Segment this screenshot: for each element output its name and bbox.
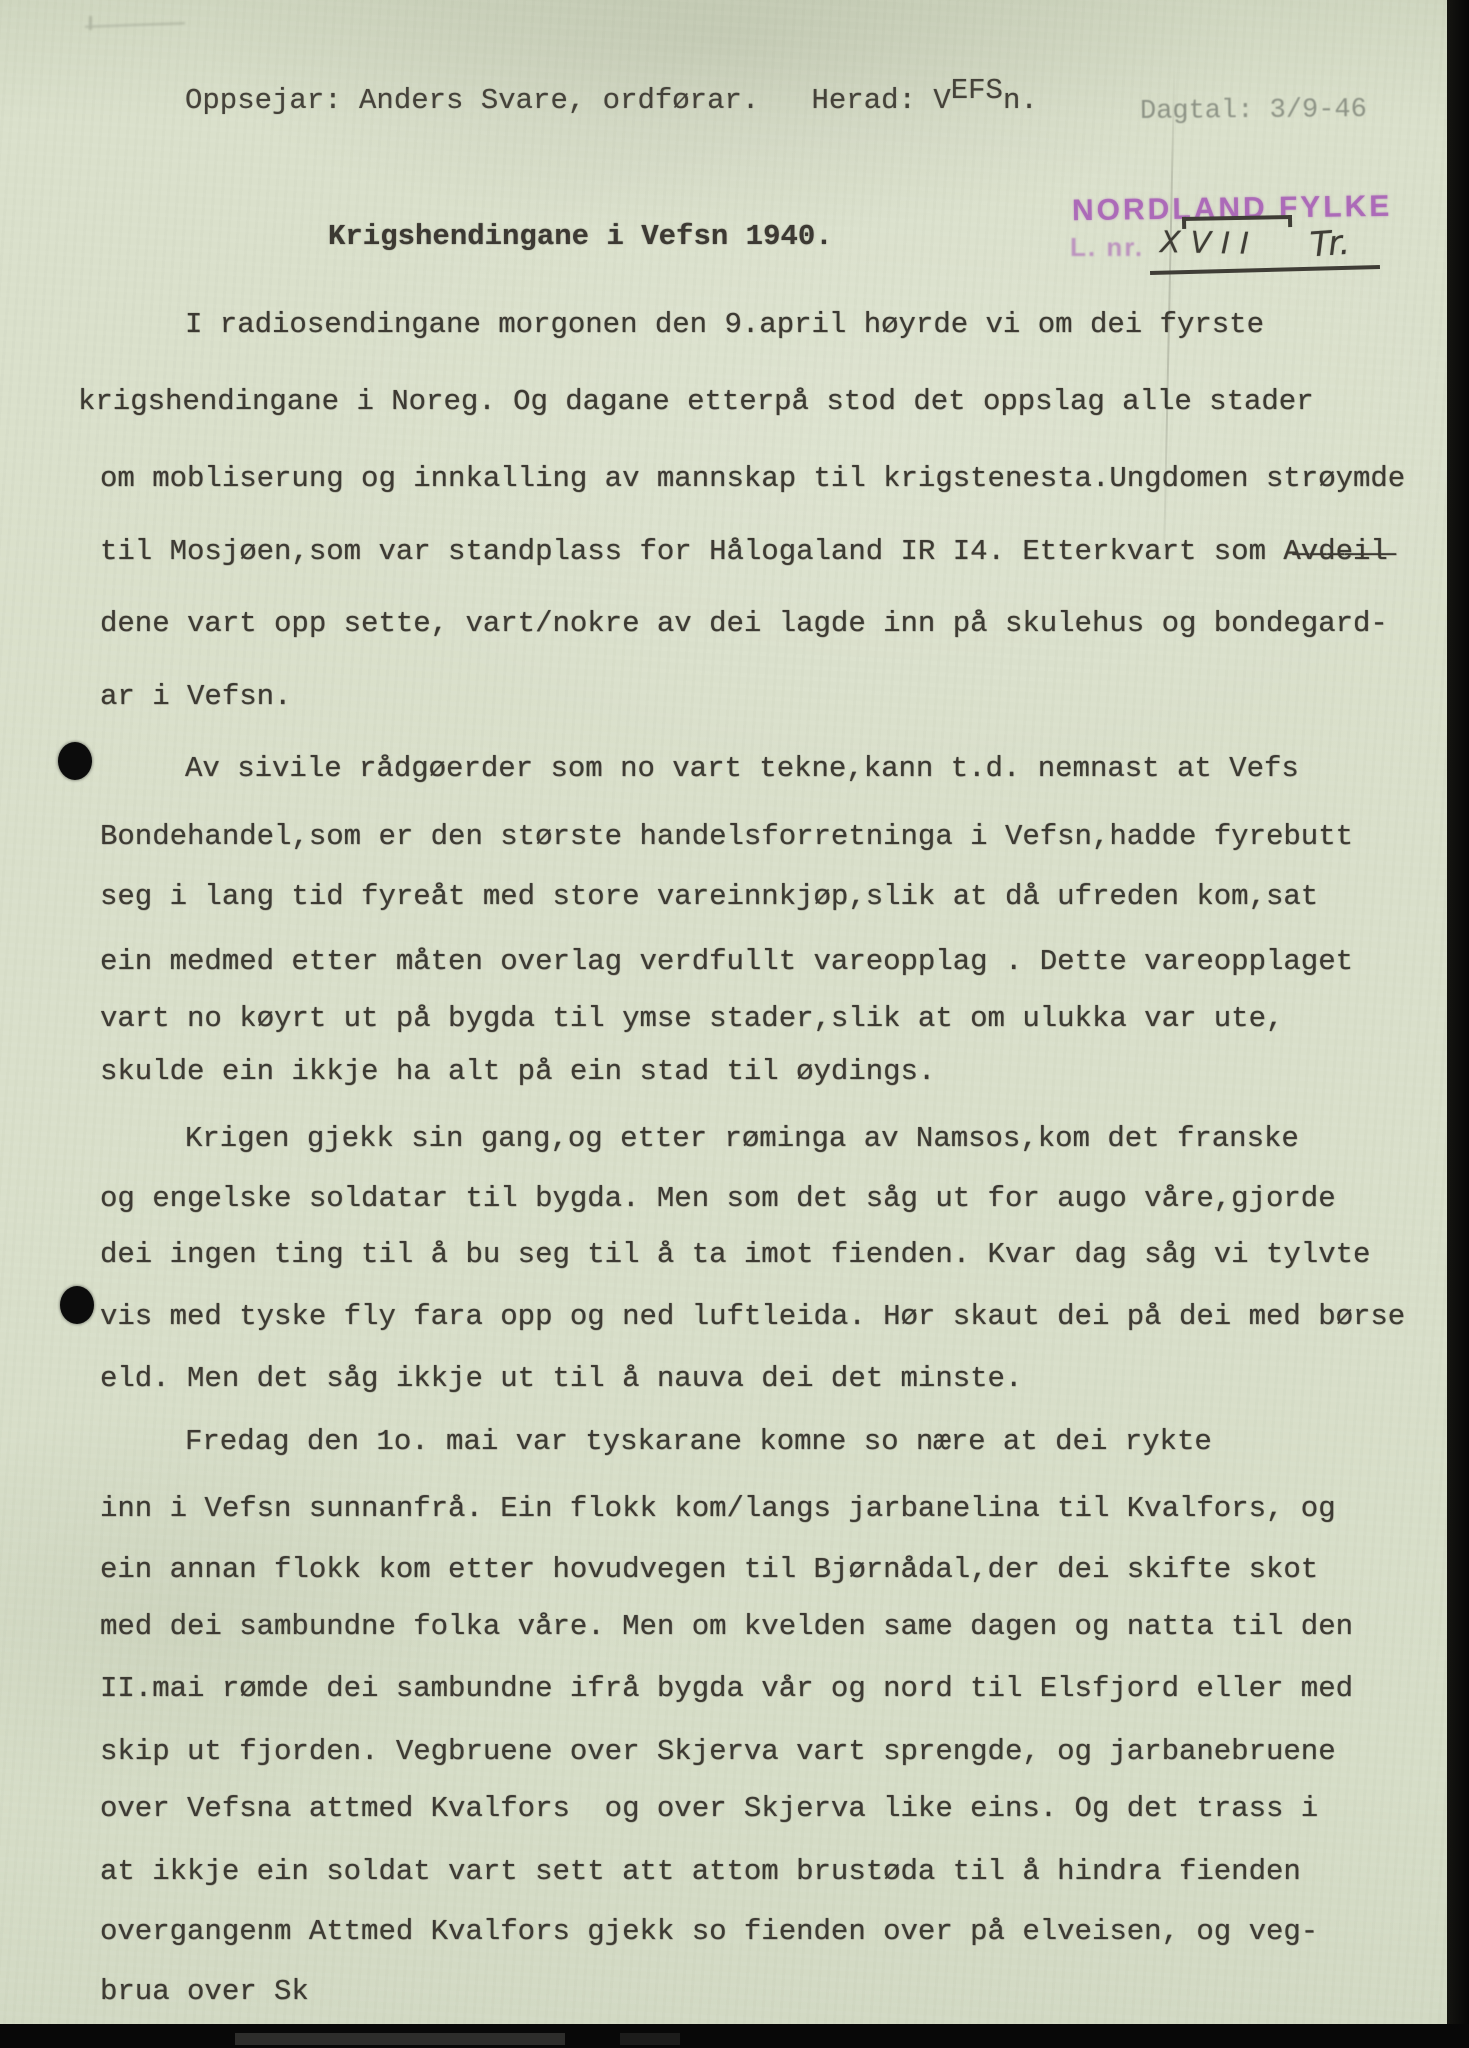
text-line: vart no køyrt ut på bygda til ymse stade… [100, 1002, 1283, 1036]
scan-border-bottom [0, 2024, 1469, 2048]
text-line: eld. Men det såg ikkje ut til å nauva de… [100, 1362, 1022, 1396]
text-line: Fredag den 1o. mai var tyskarane komne s… [185, 1425, 1212, 1459]
text-line: overgangenm Attmed Kvalfors gjekk so fie… [100, 1915, 1318, 1949]
text-line: brua over Sk [100, 1975, 309, 2009]
paper-sheet: Oppsejar: Anders Svare, ordførar. Herad:… [0, 0, 1447, 2026]
scan-border-right [1447, 0, 1469, 2048]
page-title: Krigshendingane i Vefsn 1940. [328, 220, 833, 253]
scanned-document-page: Oppsejar: Anders Svare, ordførar. Herad:… [0, 0, 1469, 2048]
handwritten-date: Dagtal: 3/9-46 [1140, 95, 1367, 127]
text-line: dene vart opp sette, vart/nokre av dei l… [100, 607, 1388, 641]
text-line: skip ut fjorden. Vegbruene over Skjerva … [100, 1735, 1336, 1769]
text-line: I radiosendingane morgonen den 9.april h… [185, 308, 1264, 342]
scan-streak [620, 2033, 680, 2045]
text-line: II.mai rømde dei sambundne ifrå bygda vå… [100, 1672, 1353, 1706]
header-herad-raised: EFS [951, 74, 1003, 107]
header-author: Oppsejar: Anders Svare, ordførar. Herad:… [185, 84, 951, 117]
text-line: til Mosjøen,som var standplass for Hålog… [100, 535, 1388, 569]
header-herad-end: n. [1003, 84, 1038, 117]
text-line: ein medmed etter måten overlag verdfullt… [100, 945, 1353, 979]
text-line: krigshendingane i Noreg. Og dagane etter… [78, 385, 1314, 419]
text-line: vis med tyske fly fara opp og ned luftle… [100, 1300, 1405, 1334]
text-line: skulde ein ikkje ha alt på ein stad til … [100, 1055, 935, 1089]
ink-stamp-journal-number: L. nr. [1070, 232, 1144, 263]
pencil-annotation-roman-numeral: XVII [1160, 225, 1259, 262]
scan-streak [235, 2033, 565, 2045]
text-line: Bondehandel,som er den største handelsfo… [100, 820, 1353, 854]
faint-corner-mark [85, 16, 195, 42]
text-line: inn i Vefsn sunnanfrå. Ein flokk kom/lan… [100, 1492, 1336, 1526]
text-line: dei ingen ting til å bu seg til å ta imo… [100, 1238, 1370, 1272]
document-header: Oppsejar: Anders Svare, ordførar. Herad:… [185, 84, 1038, 117]
text-line: over Vefsna attmed Kvalfors og over Skje… [100, 1792, 1318, 1826]
text-line: med dei sambundne folka våre. Men om kve… [100, 1610, 1353, 1644]
text-line: om mobliserung og innkalling av mannskap… [100, 462, 1405, 496]
text-line: ein annan flokk kom etter hovudvegen til… [100, 1553, 1318, 1587]
text-line: og engelske soldatar til bygda. Men som … [100, 1182, 1336, 1216]
text-line: Krigen gjekk sin gang,og etter røminga a… [185, 1122, 1299, 1156]
punch-hole [58, 742, 92, 780]
punch-hole [60, 1286, 94, 1324]
text-line: seg i lang tid fyreåt med store vareinnk… [100, 880, 1318, 914]
text-line: ar i Vefsn. [100, 680, 291, 714]
text-line: at ikkje ein soldat vart sett att attom … [100, 1855, 1301, 1889]
text-line: Av sivile rådgøerder som no vart tekne,k… [185, 752, 1299, 786]
pencil-annotation-note: Tr. [1309, 223, 1351, 266]
